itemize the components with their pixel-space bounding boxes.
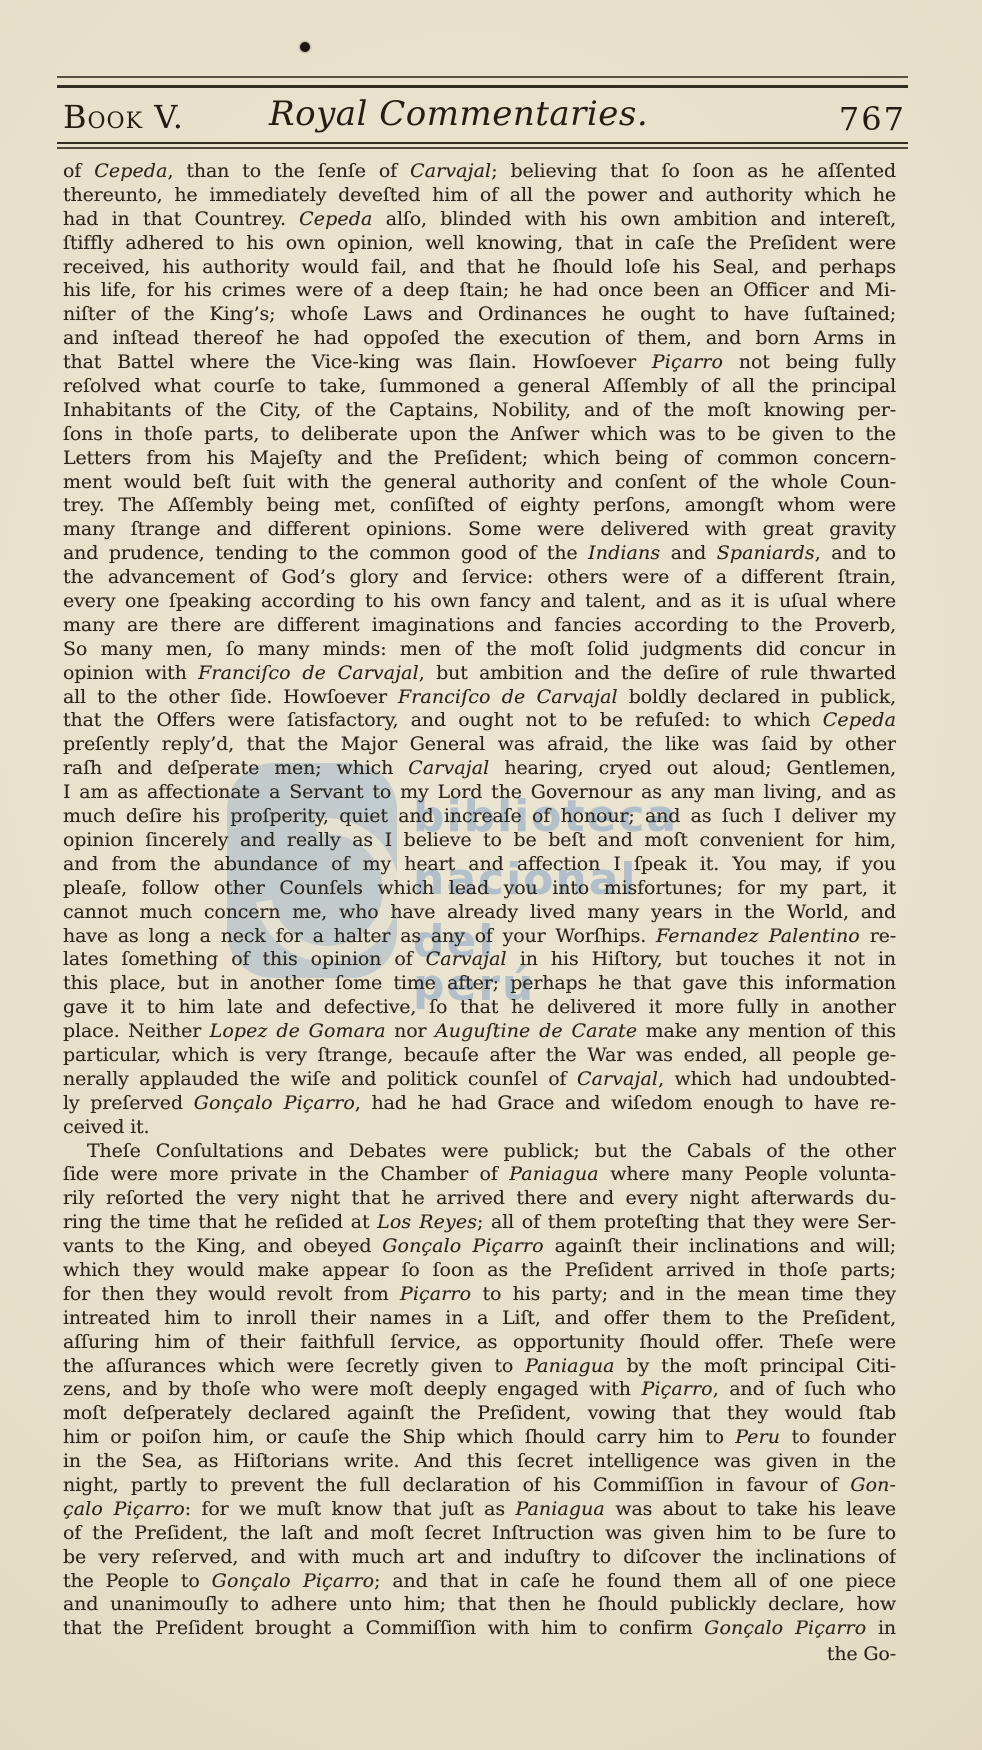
text-line: intreated him to inroll their names in a…	[63, 1307, 896, 1331]
text-line: night, partly to prevent the full declar…	[63, 1474, 896, 1498]
top-rule-thick	[57, 85, 908, 88]
text-line: ſtiffly adhered to his own opinion, well…	[63, 232, 896, 256]
text-line: ly preſerved Gonçalo Piçarro, had he had…	[63, 1092, 896, 1116]
text-line: zens, and by thoſe who were moſt deeply …	[63, 1378, 896, 1402]
text-line: the People to Gonçalo Piçarro; and that …	[63, 1570, 896, 1594]
text-line: Theſe Conſultations and Debates were pub…	[63, 1140, 896, 1164]
text-line: I am as affectionate a Servant to my Lor…	[63, 781, 896, 805]
book-page: Book V. Royal Commentaries. 767 bibliote…	[0, 0, 982, 1750]
text-line: moſt deſperately declared againſt the Pr…	[63, 1402, 896, 1426]
text-line: So many men, ſo many minds: men of the m…	[63, 638, 896, 662]
text-line: all to the other ſide. Howſoever Franciſ…	[63, 686, 896, 710]
text-line: that the Offers were ſatisfactory, and o…	[63, 709, 896, 733]
text-line: reſolved what courſe to take, ſummoned a…	[63, 375, 896, 399]
ink-spot	[300, 42, 310, 52]
text-line: Inhabitants of the City, of the Captains…	[63, 399, 896, 423]
text-line: him or poiſon him, or cauſe the Ship whi…	[63, 1426, 896, 1450]
running-header: Book V. Royal Commentaries. 767	[57, 94, 908, 140]
text-line: the aſſurances which were ſecretly given…	[63, 1355, 896, 1379]
text-line: in the Sea, as Hiſtorians write. And thi…	[63, 1450, 896, 1474]
text-line: trey. The Aſſembly being met, conſiſted …	[63, 494, 896, 518]
text-line: had in that Countrey. Cepeda alſo, blind…	[63, 208, 896, 232]
header-rule-shadow	[57, 147, 908, 149]
text-line: every one ſpeaking according to his own …	[63, 590, 896, 614]
text-line: and inſtead thereof he had oppoſed the e…	[63, 327, 896, 351]
text-line: and from the abundance of my heart and a…	[63, 853, 896, 877]
text-line: have as long a neck for a halter as any …	[63, 925, 896, 949]
text-line: much deſire his proſperity, quiet and in…	[63, 805, 896, 829]
text-line: thereunto, he immediately deveſted him o…	[63, 184, 896, 208]
text-line: that Battel where the Vice-king was ſlai…	[63, 351, 896, 375]
text-line: the advancement of God’s glory and ſervi…	[63, 566, 896, 590]
text-line: ring the time that he reſided at Los Rey…	[63, 1211, 896, 1235]
text-line: raſh and deſperate men; which Carvajal h…	[63, 757, 896, 781]
text-line: nerally applauded the wiſe and politick …	[63, 1068, 896, 1092]
page-title: Royal Commentaries.	[269, 94, 648, 134]
text-line: many are there are different imagination…	[63, 614, 896, 638]
paragraph: of Cepeda, than to the ſenſe of Carvajal…	[63, 160, 896, 1140]
text-line: Letters from his Majeſty and the Preſide…	[63, 447, 896, 471]
text-line: ceived it.	[63, 1116, 896, 1140]
catchword: the Go-	[63, 1642, 896, 1666]
text-line: opinion with Franciſco de Carvajal, but …	[63, 662, 896, 686]
text-line: aſſuring him of their faithfull ſervice,…	[63, 1331, 896, 1355]
text-line: that the Preſident brought a Commiſſion …	[63, 1617, 896, 1641]
text-block: of Cepeda, than to the ſenſe of Carvajal…	[63, 160, 896, 1666]
text-line: be very reſerved, and with much art and …	[63, 1546, 896, 1570]
text-line: ſide were more private in the Chamber of…	[63, 1163, 896, 1187]
text-line: many ſtrange and different opinions. Som…	[63, 518, 896, 542]
book-label: Book V.	[63, 98, 184, 136]
text-line: preſently reply’d, that the Major Genera…	[63, 733, 896, 757]
paragraph: Theſe Conſultations and Debates were pub…	[63, 1140, 896, 1642]
text-line: of Cepeda, than to the ſenſe of Carvajal…	[63, 160, 896, 184]
text-line: and unanimouſly to adhere unto him; that…	[63, 1593, 896, 1617]
text-line: cannot much concern me, who have already…	[63, 901, 896, 925]
text-line: his life, for his crimes were of a deep …	[63, 279, 896, 303]
text-line: which they would make appear ſo ſoon as …	[63, 1259, 896, 1283]
text-line: gave it to him late and defective, ſo th…	[63, 996, 896, 1020]
text-line: pleaſe, follow other Counſels which lead…	[63, 877, 896, 901]
text-line: ment would beſt ſuit with the general au…	[63, 471, 896, 495]
text-line: place. Neither Lopez de Gomara nor Auguſ…	[63, 1020, 896, 1044]
header-rule	[57, 142, 908, 144]
text-line: particular, which is very ſtrange, becau…	[63, 1044, 896, 1068]
text-line: received, his authority would fail, and …	[63, 256, 896, 280]
top-rule-thin	[57, 76, 908, 78]
text-line: rily reſorted the very night that he arr…	[63, 1187, 896, 1211]
text-line: for then they would revolt from Piçarro …	[63, 1283, 896, 1307]
text-line: of the Preſident, the laſt and moſt ſecr…	[63, 1522, 896, 1546]
text-line: çalo Piçarro: for we muſt know that juſt…	[63, 1498, 896, 1522]
text-line: niſter of the King’s; whoſe Laws and Ord…	[63, 303, 896, 327]
text-line: opinion ſincerely and really as I believ…	[63, 829, 896, 853]
text-line: lates ſomething of this opinion of Carva…	[63, 948, 896, 972]
text-line: vants to the King, and obeyed Gonçalo Pi…	[63, 1235, 896, 1259]
text-line: and prudence, tending to the common good…	[63, 542, 896, 566]
text-line: ſons in thoſe parts, to deliberate upon …	[63, 423, 896, 447]
page-number: 767	[839, 100, 906, 138]
text-line: this place, but in another ſome time aft…	[63, 972, 896, 996]
